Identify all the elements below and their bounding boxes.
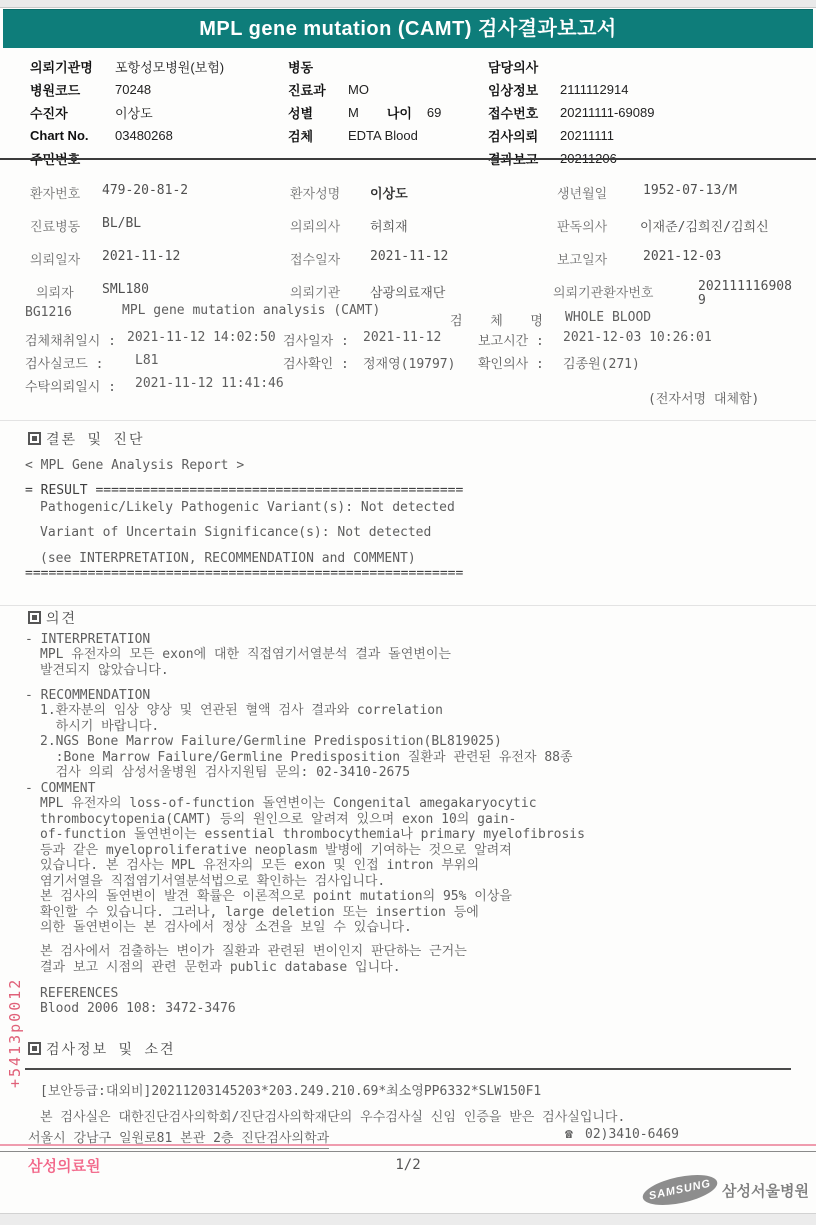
birthdate-label: 생년월일 [557,183,607,202]
care-ward-value: BL/BL [102,216,141,231]
references-body: Blood 2006 108: 3472-3476 [40,1001,236,1016]
chart-no-value: 03480268 [115,128,173,143]
request-date-value: 2021-11-12 [102,249,180,264]
conclusion-heading: 결론 및 진단 [46,429,144,449]
field-row: 성별 M 나이 69 [288,101,441,124]
report-time-value: 2021-12-03 10:26:01 [563,330,712,345]
patient-name-label: 환자성명 [290,183,340,202]
accession-no-value: 20211111-69089 [560,105,654,120]
order-info-col1: 의뢰기관명포항성모병원(보험) 병원코드70248 수진자이상도 Chart N… [30,55,224,170]
scan-side-note: +5413p0012 [6,978,24,1088]
field-row: 검체EDTA Blood [288,124,441,147]
hospital-code-value: 70248 [115,82,151,97]
requester-label: 의뢰자 [36,282,74,301]
lab-phone: 02)3410-6469 [585,1127,679,1142]
patient-id-value: 479-20-81-2 [102,183,188,198]
reading-doctor-value: 이재준/김희진/김희신 [640,216,769,235]
reported-date-label: 보고일자 [557,249,607,268]
footer-divider [0,1151,816,1152]
comment-paragraph-2: 본 검사의 돌연변이 발견 확률은 이론적으로 point mutation의 … [40,889,512,936]
order-info-col2: 병동 진료과MO 성별 M 나이 69 검체EDTA Blood [288,55,441,147]
specimen-value: EDTA Blood [348,128,418,143]
clinical-info-label: 임상정보 [488,80,560,99]
collection-time-value: 2021-11-12 14:02:50 [127,330,276,345]
confirm-doctor-value: 김종원(271) [563,353,640,372]
org-patient-no-label: 의뢰기관환자번호 [553,282,653,301]
phone-icon: ☎ [565,1127,573,1142]
examinee-value: 이상도 [115,103,153,122]
confirm-doctor-label: 확인의사 : [478,353,544,372]
interpretation-title: - INTERPRETATION [25,632,150,647]
ordering-org-label: 의뢰기관명 [30,57,115,76]
page-number: 1/2 [0,1157,816,1173]
field-row: 임상정보2111112914 [488,78,654,101]
field-row: 진료과MO [288,78,441,101]
lab-code-value: L81 [135,353,158,368]
section-marker-icon [28,1042,41,1055]
sex-value: M [348,105,359,120]
specimen-label: 검체 [288,126,348,145]
lab-code-label: 검사실코드 : [25,353,103,372]
org-patient-no-value: 2021111169089 [698,280,798,308]
referring-org-value: 삼광의료재단 [370,282,445,301]
result-line-vus: Variant of Uncertain Significance(s): No… [40,525,431,540]
patient-name-value: 이상도 [370,183,408,202]
report-title-bar: MPL gene mutation (CAMT) 검사결과보고서 [3,9,813,48]
section-marker-icon [28,611,41,624]
test-date-label: 검사일자 : [283,330,349,349]
chart-no-label: Chart No. [30,128,115,143]
test-verifier-value: 정재영(19797) [363,353,455,372]
patient-id-label: 환자번호 [30,183,80,202]
hospital-code-label: 병원코드 [30,80,115,99]
comment-paragraph-1: MPL 유전자의 loss-of-function 돌연변이는 Congenit… [40,796,585,889]
field-row: Chart No.03480268 [30,124,224,147]
ward-label: 병동 [288,57,348,76]
result-line-pathogenic: Pathogenic/Likely Pathogenic Variant(s):… [40,500,455,515]
comment-title: - COMMENT [25,781,95,796]
test-code: BG1216 [25,305,72,320]
recommendation-body: 1.환자분의 임상 양상 및 연관된 혈액 검사 결과와 correlation… [40,703,573,781]
field-row: 수진자이상도 [30,101,224,124]
department-value: MO [348,82,369,97]
attending-doctor-label: 담당의사 [488,57,560,76]
samsung-logo-text: SAMSUNG [648,1178,712,1203]
referring-doctor-value: 허희재 [370,216,408,235]
hospital-name: 삼성서울병원 [722,1180,809,1201]
age-value: 69 [427,105,441,120]
test-date-value: 2021-11-12 [363,330,441,345]
accession-no-label: 접수번호 [488,103,560,122]
field-row: 접수번호20211111-69089 [488,101,654,124]
esign-note: (전자서명 대체함) [648,388,759,407]
examinee-label: 수진자 [30,103,115,122]
accreditation-line: 본 검사실은 대한진단검사의학회/진단검사의학재단의 우수검사실 신임 인증을 … [40,1106,625,1125]
section-divider [0,158,816,160]
interpretation-body: MPL 유전자의 모든 exon에 대한 직접염기서열분석 결과 돌연변이는 발… [40,647,451,678]
referring-org-label: 의뢰기관 [290,282,340,301]
recommendation-title: - RECOMMENDATION [25,688,150,703]
field-row: 병원코드70248 [30,78,224,101]
age-label: 나이 [387,103,427,122]
referring-doctor-label: 의뢰의사 [290,216,340,235]
scan-edge-top [0,0,816,8]
field-row: 병동 [288,55,441,78]
closing-rule: ========================================… [25,566,463,581]
analysis-report-title: < MPL Gene Analysis Report > [25,458,244,473]
report-page: MPL gene mutation (CAMT) 검사결과보고서 의뢰기관명포항… [0,0,816,1225]
requester-value: SML180 [102,282,149,297]
page-title: MPL gene mutation (CAMT) 검사결과보고서 [199,18,617,40]
sex-label: 성별 [288,103,348,122]
section-divider [0,605,816,606]
collection-time-label: 검체채취일시 : [25,330,116,349]
care-ward-label: 진료병동 [30,216,80,235]
footer-accent-line [0,1144,816,1146]
order-info-col3: 담당의사 임상정보2111112914 접수번호20211111-69089 검… [488,55,654,170]
security-line: [보안등급:대외비]20211203145203*203.249.210.69*… [40,1080,541,1099]
comment-paragraph-3: 본 검사에서 검출하는 변이가 질환과 관련된 변이인지 판단하는 근거는 결과… [40,944,467,975]
birthdate-value: 1952-07-13/M [643,183,737,198]
references-title: REFERENCES [40,986,118,1001]
field-row: 의뢰기관명포항성모병원(보험) [30,55,224,78]
field-row: 담당의사 [488,55,654,78]
result-line-see: (see INTERPRETATION, RECOMMENDATION and … [40,551,416,566]
samsung-logo-icon: SAMSUNG [640,1169,720,1210]
section-marker-icon [28,432,41,445]
request-date-label: 의뢰일자 [30,249,80,268]
reported-date-value: 2021-12-03 [643,249,721,264]
scan-edge-bottom [0,1213,816,1225]
exam-info-heading: 검사정보 및 소견 [46,1039,176,1059]
clinical-info-value: 2111112914 [560,82,628,97]
department-label: 진료과 [288,80,348,99]
test-name: MPL gene mutation analysis (CAMT) [122,303,380,318]
ordering-org-value: 포항성모병원(보험) [115,57,224,76]
specimen-name-label: 검 체 명 [450,310,547,329]
opinion-heading: 의견 [46,608,77,628]
section-divider [0,420,816,421]
receipt-date-value: 2021-11-12 [370,249,448,264]
test-verifier-label: 검사확인 : [283,353,349,372]
entrust-time-value: 2021-11-12 11:41:46 [135,376,284,391]
entrust-time-label: 수탁의뢰일시 : [25,376,116,395]
receipt-date-label: 접수일자 [290,249,340,268]
report-time-label: 보고시간 : [478,330,544,349]
result-rule: = RESULT ===============================… [25,483,463,498]
reading-doctor-label: 판독의사 [557,216,607,235]
field-row: 검사의뢰20211111 [488,124,654,147]
specimen-name-value: WHOLE BLOOD [565,310,651,325]
order-date-value: 20211111 [560,128,614,143]
order-date-label: 검사의뢰 [488,126,560,145]
section-divider [25,1068,791,1070]
